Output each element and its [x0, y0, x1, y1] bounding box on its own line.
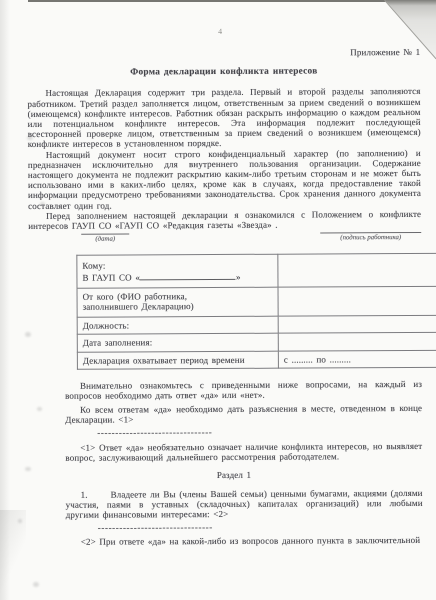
declaration-table: Кому: В ГАУП СО «» От кого (ФИО работник…: [76, 253, 436, 370]
question-1: 1.Владеете ли Вы (члены Вашей семьи) цен…: [66, 487, 423, 519]
position-label-cell: Должность:: [77, 316, 278, 334]
date-field: (дата): [81, 234, 129, 244]
fill-date-value-cell: [278, 333, 436, 351]
annex-label: Приложение № 1: [27, 47, 420, 59]
lower-block: Внимательно ознакомьтесь с приведенными …: [65, 379, 423, 547]
document-content: 4 Приложение № 1 Форма декларации конфли…: [0, 0, 436, 600]
table-row-position: Должность:: [77, 315, 436, 334]
intro-paragraph-2: Настоящий документ носит строго конфиден…: [28, 148, 421, 211]
footnote-2: <2> При ответе «да» на какой-либо из воп…: [66, 535, 423, 547]
recipient-label-cell: Кому: В ГАУП СО «»: [77, 254, 278, 288]
signature-label: (подпись работника): [320, 233, 421, 243]
footnote-separator: --------------------------------: [98, 522, 423, 533]
footnote-separator: --------------------------------: [97, 427, 422, 438]
from-line1: От кого (ФИО работника,: [83, 291, 188, 302]
intro-paragraph-3: Перед заполнением настоящей декларации я…: [28, 209, 421, 231]
period-value-cell: с ......... по .........: [278, 350, 436, 368]
instruction-paragraph-2: Ко всем ответам «да» необходимо дать раз…: [65, 402, 422, 424]
recipient-line2-prefix: В ГАУП СО «: [82, 272, 140, 282]
recipient-line2-suffix: »: [236, 272, 241, 282]
section-1-heading: Раздел 1: [65, 469, 422, 481]
page-number: 4: [218, 27, 222, 37]
from-label-cell: От кого (ФИО работника, заполнившего Дек…: [77, 287, 278, 317]
from-line2: заполнившего Декларацию): [83, 302, 194, 313]
recipient-value-cell: [278, 254, 436, 288]
recipient-line1: Кому:: [82, 261, 105, 271]
intro-paragraph-1: Настоящая Декларация содержит три раздел…: [27, 86, 420, 149]
signature-field: (подпись работника): [320, 232, 421, 243]
instruction-paragraph-1: Внимательно ознакомьтесь с приведенными …: [65, 379, 422, 401]
fill-in-blank-line: [140, 271, 236, 281]
question-1-number: 1.: [81, 489, 111, 499]
fill-date-label-cell: Дата заполнения:: [77, 333, 278, 351]
document-title: Форма декларации конфликта интересов: [27, 66, 420, 78]
from-value-cell: [278, 286, 436, 316]
table-row-from: От кого (ФИО работника, заполнившего Дек…: [77, 286, 436, 317]
table-row-recipient: Кому: В ГАУП СО «»: [77, 254, 436, 289]
table-row-fill-date: Дата заполнения:: [77, 333, 436, 352]
signature-row: (дата) (подпись работника): [28, 232, 421, 244]
scanned-page: 4 Приложение № 1 Форма декларации конфли…: [0, 0, 436, 600]
table-row-period: Декларация охватывает период времени с .…: [77, 350, 436, 369]
date-label: (дата): [81, 235, 129, 244]
question-1-text: Владеете ли Вы (члены Вашей семьи) ценны…: [66, 487, 423, 519]
position-value-cell: [278, 315, 436, 333]
footnote-1: <1> Ответ «да» необязательно означает на…: [65, 441, 422, 463]
period-label-cell: Декларация охватывает период времени: [77, 351, 278, 369]
